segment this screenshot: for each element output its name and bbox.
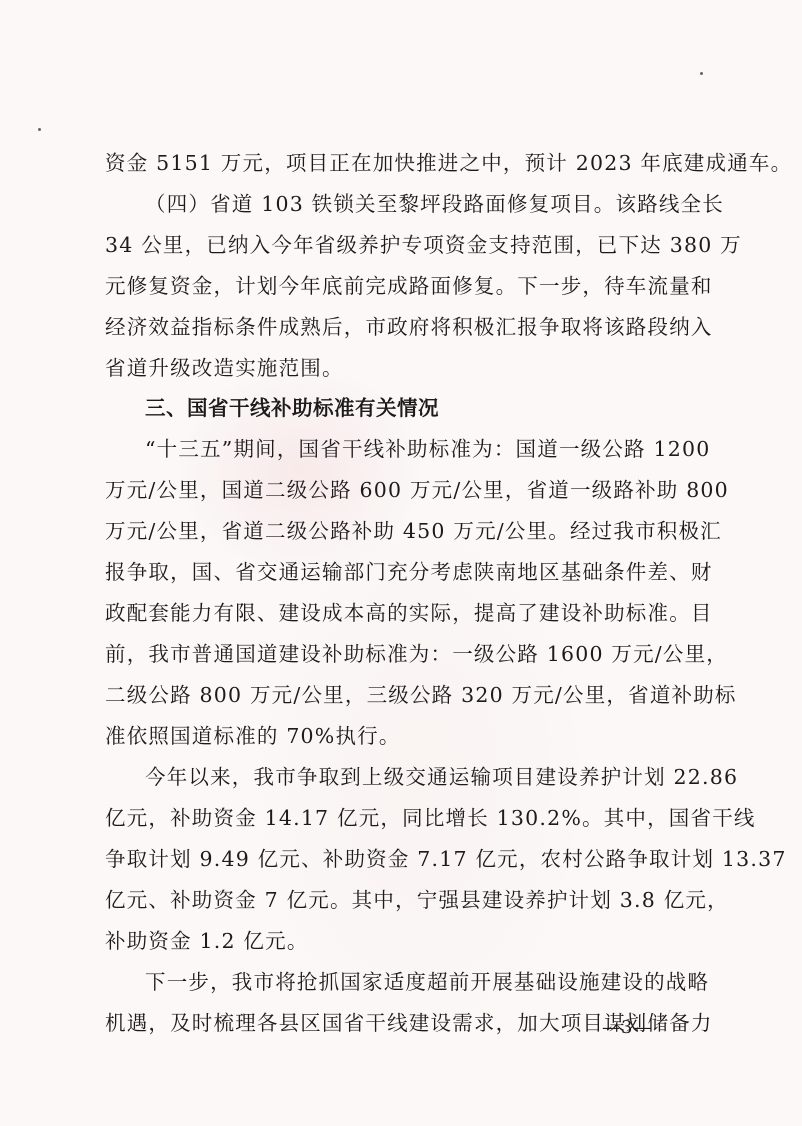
paragraph-line: 二级公路 800 万元/公里，三级公路 320 万元/公里，省道补助标 bbox=[105, 680, 725, 710]
paragraph-line: 争取计划 9.49 亿元、补助资金 7.17 亿元，农村公路争取计划 13.37 bbox=[105, 844, 725, 874]
paragraph-line: 省道升级改造实施范围。 bbox=[105, 353, 725, 383]
paragraph-line: 经济效益指标条件成熟后，市政府将积极汇报争取将该路段纳入 bbox=[105, 312, 725, 342]
paragraph-line: 万元/公里，国道二级公路 600 万元/公里，省道一级路补助 800 bbox=[105, 475, 725, 505]
scan-speck bbox=[38, 128, 41, 131]
paragraph-line: 政配套能力有限、建设成本高的实际，提高了建设补助标准。目 bbox=[105, 598, 725, 628]
paragraph-line: 前，我市普通国道建设补助标准为：一级公路 1600 万元/公里， bbox=[105, 639, 725, 669]
page-number: —3— bbox=[602, 1017, 652, 1038]
scan-speck bbox=[700, 72, 703, 75]
paragraph-line: 资金 5151 万元，项目正在加快推进之中，预计 2023 年底建成通车。 bbox=[105, 148, 725, 178]
paragraph-line: 元修复资金，计划今年底前完成路面修复。下一步，待车流量和 bbox=[105, 271, 725, 301]
paragraph-line: 准依照国道标准的 70%执行。 bbox=[105, 721, 725, 751]
paragraph-line: 补助资金 1.2 亿元。 bbox=[105, 926, 725, 956]
paragraph-line: 今年以来，我市争取到上级交通运输项目建设养护计划 22.86 bbox=[145, 762, 765, 792]
paragraph-line: （四）省道 103 铁锁关至黎坪段路面修复项目。该路线全长 bbox=[145, 189, 765, 219]
document-page: 资金 5151 万元，项目正在加快推进之中，预计 2023 年底建成通车。 （四… bbox=[0, 0, 802, 1126]
paragraph-line: 下一步，我市将抢抓国家适度超前开展基础设施建设的战略 bbox=[145, 967, 765, 997]
section-heading: 三、国省干线补助标准有关情况 bbox=[145, 393, 765, 423]
paragraph-line: 34 公里，已纳入今年省级养护专项资金支持范围，已下达 380 万 bbox=[105, 230, 725, 260]
paragraph-line: “十三五”期间，国省干线补助标准为：国道一级公路 1200 bbox=[145, 434, 765, 464]
paragraph-line: 亿元，补助资金 14.17 亿元，同比增长 130.2%。其中，国省干线 bbox=[105, 803, 725, 833]
paragraph-line: 万元/公里，省道二级公路补助 450 万元/公里。经过我市积极汇 bbox=[105, 516, 725, 546]
paragraph-line: 亿元、补助资金 7 亿元。其中，宁强县建设养护计划 3.8 亿元， bbox=[105, 885, 725, 915]
paragraph-line: 报争取，国、省交通运输部门充分考虑陕南地区基础条件差、财 bbox=[105, 557, 725, 587]
